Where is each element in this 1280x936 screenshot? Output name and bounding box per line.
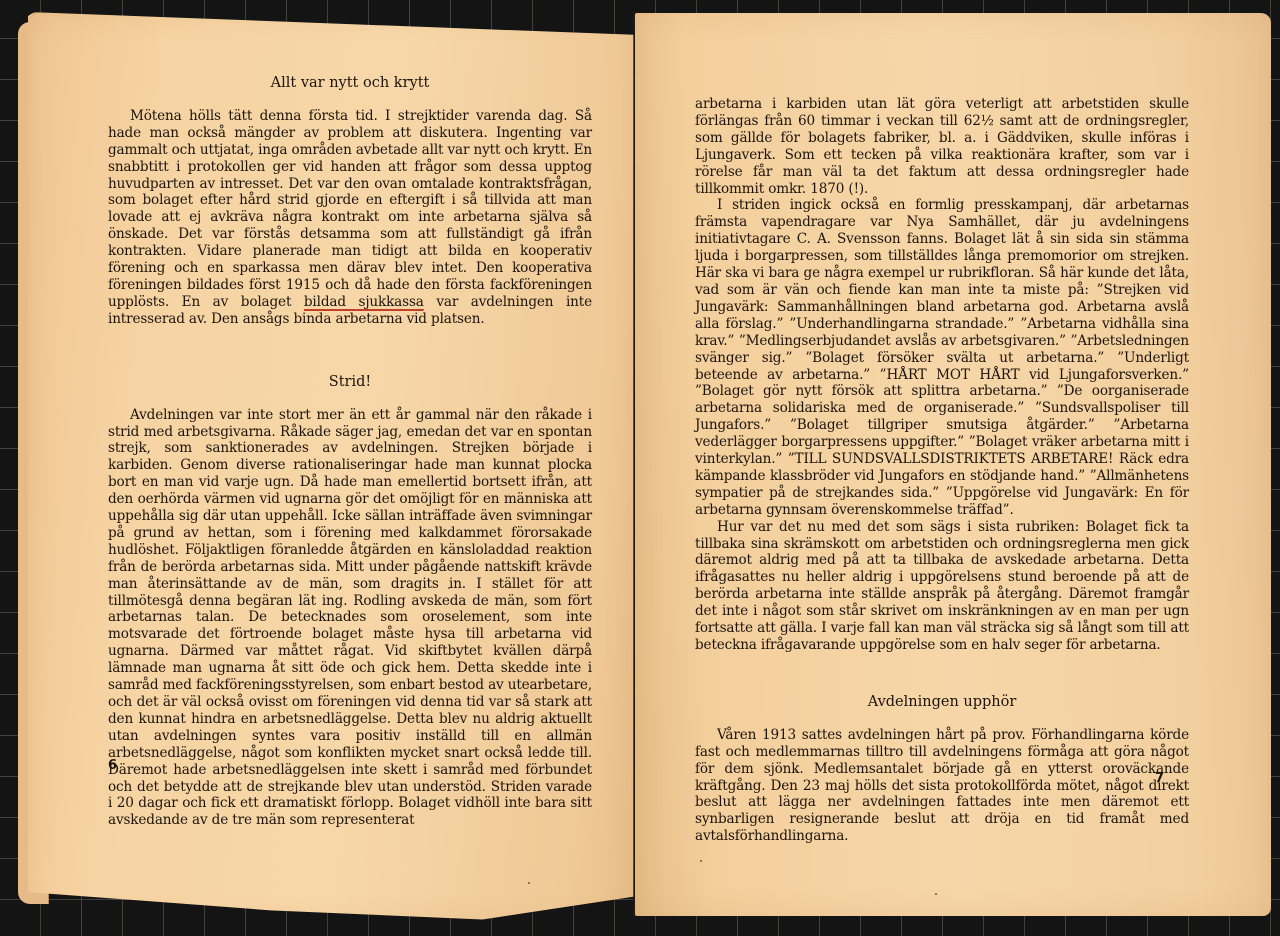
- open-booklet: Allt var nytt och krytt Mötena hölls tät…: [0, 0, 1280, 936]
- underlined-annotation: bildad sjukkassa: [304, 294, 424, 310]
- paragraph: I striden ingick också en formlig pressk…: [695, 197, 1189, 518]
- paragraph: Våren 1913 sattes avdelningen hårt på pr…: [695, 727, 1189, 845]
- section-heading-allt-var-nytt: Allt var nytt och krytt: [108, 75, 592, 92]
- paper-speck: [935, 893, 937, 895]
- page-number-left: 6: [108, 758, 117, 773]
- paper-speck: [795, 770, 797, 772]
- paragraph: Avdelningen var inte stort mer än ett år…: [108, 407, 592, 830]
- left-page-text: Allt var nytt och krytt Mötena hölls tät…: [108, 12, 592, 829]
- left-page: Allt var nytt och krytt Mötena hölls tät…: [28, 12, 634, 924]
- right-page-text: arbetarna i karbiden utan lät göra veter…: [695, 13, 1189, 845]
- paper-speck: [528, 882, 530, 884]
- paragraph: Hur var det nu med det som sägs i sista …: [695, 519, 1189, 654]
- paragraph: Mötena hölls tätt denna första tid. I st…: [108, 108, 592, 328]
- paper-speck: [448, 587, 450, 589]
- paragraph-text: Mötena hölls tätt denna första tid. I st…: [108, 108, 592, 310]
- paragraph: arbetarna i karbiden utan lät göra veter…: [695, 96, 1189, 197]
- paper-speck: [700, 860, 702, 862]
- right-page: arbetarna i karbiden utan lät göra veter…: [635, 13, 1271, 916]
- section-heading-avdelningen-upphor: Avdelningen upphör: [695, 694, 1189, 711]
- page-number-right: 7: [1155, 771, 1164, 786]
- section-heading-strid: Strid!: [108, 374, 592, 391]
